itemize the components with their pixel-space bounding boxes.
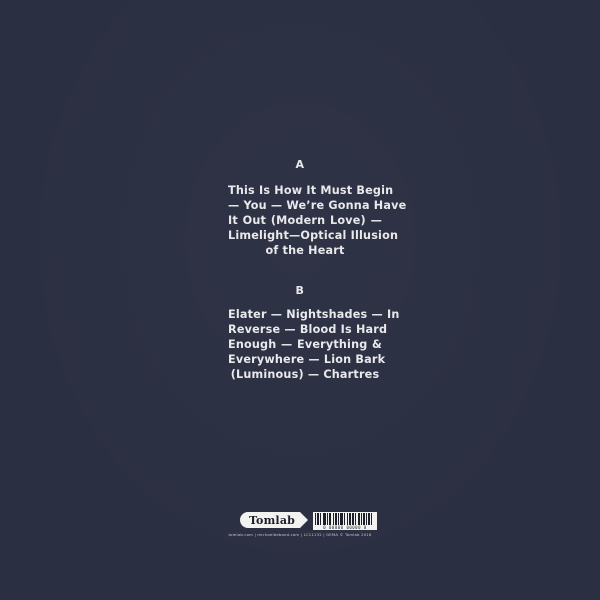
barcode-bars-icon [315, 513, 375, 525]
tracklist-line: (Luminous) — Chartres [228, 367, 382, 382]
side-b-heading: B [0, 284, 600, 297]
tracklist-line: This Is How It Must Begin [228, 183, 382, 198]
tracklist-line: Elater — Nightshades — In [228, 307, 382, 322]
side-b-tracklist: Elater — Nightshades — In Reverse — Bloo… [228, 307, 382, 382]
tracklist-line: Limelight—Optical Illusion [228, 228, 382, 243]
tracklist-line: Reverse — Blood Is Hard [228, 322, 382, 337]
barcode-digits: 0 00000 00000 0 [315, 525, 375, 530]
tracklist-line: of the Heart [228, 243, 382, 258]
tracklist-line: — You — We’re Gonna Have [228, 198, 382, 213]
record-back-cover: A This Is How It Must Begin — You — We’r… [0, 0, 600, 600]
tomlab-logo: Tomlab [240, 512, 300, 528]
side-a-tracklist: This Is How It Must Begin — You — We’re … [228, 183, 382, 258]
side-a-heading: A [0, 158, 600, 171]
footer-credits: tomlab.com | michaelbeband.com | LC11132… [0, 532, 600, 537]
tracklist-line: Everywhere — Lion Bark [228, 352, 382, 367]
barcode: 0 00000 00000 0 [313, 512, 377, 530]
logo-text: Tomlab [249, 514, 295, 527]
tracklist-line: It Out (Modern Love) — [228, 213, 382, 228]
tracklist-line: Enough — Everything & [228, 337, 382, 352]
